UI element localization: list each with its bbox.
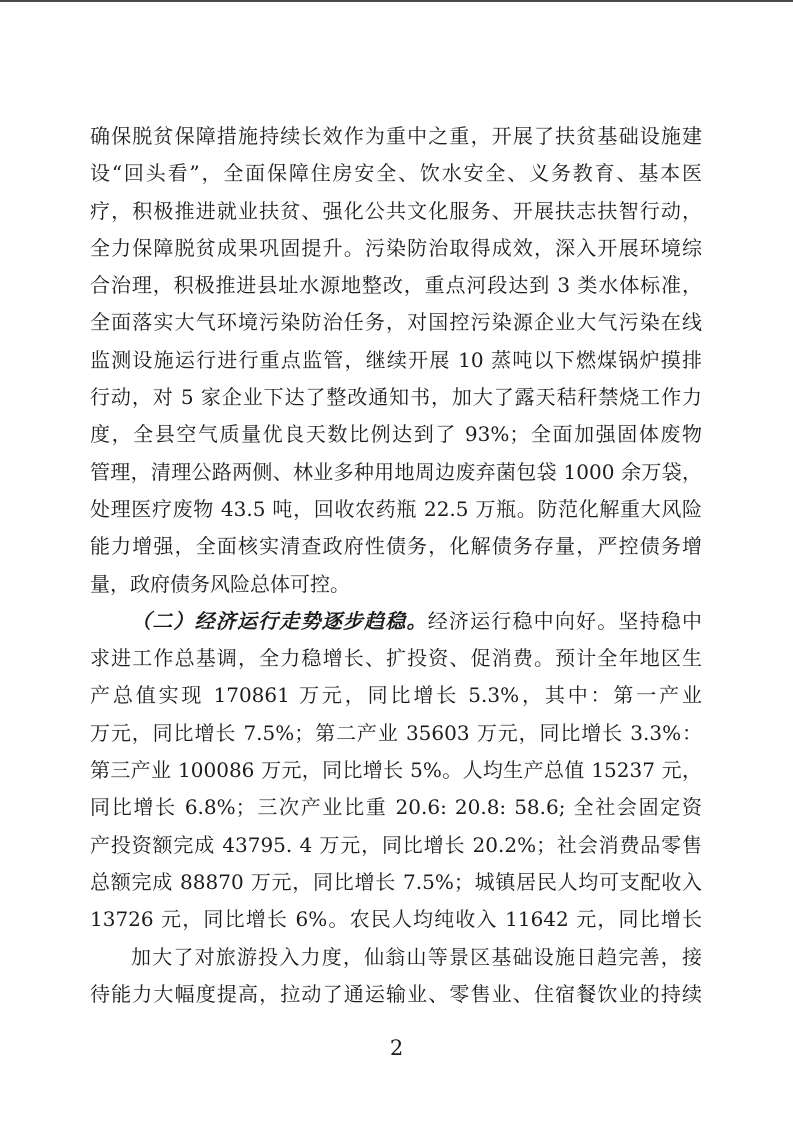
body-text-segment: 全面落实大气环境污染防治任务，对国控污染源企业大气污染在线 — [90, 310, 702, 334]
text-line: 管理，清理公路两侧、林业多种用地周边废弃菌包袋 1000 余万袋， — [90, 454, 702, 491]
text-line: 总额完成 88870 万元，同比增长 7.5%；城镇居民人均可支配收入 — [90, 864, 702, 901]
text-line: 加大了对旅游投入力度，仙翁山等景区基础设施日趋完善，接 — [90, 939, 702, 976]
text-line: 行动，对 5 家企业下达了整改通知书，加大了露天秸秆禁烧工作力 — [90, 379, 702, 416]
text-line: 第三产业 100086 万元，同比增长 5%。人均生产总值 15237 元， — [90, 752, 702, 789]
body-text-segment: 行动，对 5 家企业下达了整改通知书，加大了露天秸秆禁烧工作力 — [90, 385, 702, 409]
section-heading-text: （二）经济运行走势逐步趋稳。 — [131, 609, 428, 633]
text-line: 能力增强，全面核实清查政府性债务，化解债务存量，严控债务增 — [90, 528, 702, 565]
body-text-segment: 求进工作总基调，全力稳增长、扩投资、促消费。预计全年地区生 — [90, 646, 702, 670]
text-line: 合治理，积极推进县址水源地整改，重点河段达到 3 类水体标准， — [90, 267, 702, 304]
body-text-segment: 设“回头看”，全面保障住房安全、饮水安全、义务教育、基本医 — [90, 161, 702, 185]
text-line: 度，全县空气质量优良天数比例达到了 93%；全面加强固体废物 — [90, 416, 702, 453]
text-line: 13726 元，同比增长 6%。农民人均纯收入 11642 元，同比增长 6%。 — [90, 901, 702, 938]
text-line: （二）经济运行走势逐步趋稳。经济运行稳中向好。坚持稳中 — [90, 603, 702, 640]
body-text-segment: 13726 元，同比增长 6%。农民人均纯收入 11642 元，同比增长 6%。 — [90, 907, 702, 938]
text-line: 监测设施运行进行重点监管，继续开展 10 蒸吨以下燃煤锅炉摸排 — [90, 342, 702, 379]
body-text-segment: 监测设施运行进行重点监管，继续开展 10 蒸吨以下燃煤锅炉摸排 — [90, 348, 702, 372]
body-text-segment: 处理医疗废物 43.5 吨，回收农药瓶 22.5 万瓶。防范化解重大风险 — [90, 497, 702, 521]
body-text-segment: 度，全县空气质量优良天数比例达到了 93%；全面加强固体废物 — [90, 422, 702, 446]
body-text-segment: 加大了对旅游投入力度，仙翁山等景区基础设施日趋完善，接 — [131, 945, 702, 969]
body-text-segment: 能力增强，全面核实清查政府性债务，化解债务存量，严控债务增 — [90, 534, 702, 558]
document-body: 确保脱贫保障措施持续长效作为重中之重，开展了扶贫基础设施建设“回头看”，全面保障… — [90, 118, 702, 1013]
text-line: 疗，积极推进就业扶贫、强化公共文化服务、开展扶志扶智行动， — [90, 193, 702, 230]
text-line: 求进工作总基调，全力稳增长、扩投资、促消费。预计全年地区生 — [90, 640, 702, 677]
text-line: 全面落实大气环境污染防治任务，对国控污染源企业大气污染在线 — [90, 304, 702, 341]
body-text-segment: 待能力大幅度提高，拉动了通运输业、零售业、住宿餐饮业的持续 — [90, 982, 702, 1006]
body-text-segment: 疗，积极推进就业扶贫、强化公共文化服务、开展扶志扶智行动， — [90, 199, 702, 223]
text-line: 同比增长 6.8%；三次产业比重 20.6: 20.8: 58.6; 全社会固定… — [90, 789, 702, 826]
text-line: 处理医疗废物 43.5 吨，回收农药瓶 22.5 万瓶。防范化解重大风险 — [90, 491, 702, 528]
text-line: 产总值实现 170861 万元，同比增长 5.3%，其中：第一产业 35172 — [90, 677, 702, 714]
body-text-segment: 经济运行稳中向好。坚持稳中 — [428, 609, 702, 633]
scan-artifact-line — [0, 0, 793, 2]
text-line: 产投资额完成 43795. 4 万元，同比增长 20.2%；社会消费品零售 — [90, 827, 702, 864]
body-text-segment: 同比增长 6.8%；三次产业比重 20.6: 20.8: 58.6; 全社会固定… — [90, 795, 702, 819]
body-text-segment: 产总值实现 170861 万元，同比增长 5.3%，其中：第一产业 35172 — [90, 683, 702, 714]
body-text-segment: 确保脱贫保障措施持续长效作为重中之重，开展了扶贫基础设施建 — [90, 124, 702, 148]
body-text-segment: 第三产业 100086 万元，同比增长 5%。人均生产总值 15237 元， — [90, 758, 702, 782]
text-line: 全力保障脱贫成果巩固提升。污染防治取得成效，深入开展环境综 — [90, 230, 702, 267]
body-text-segment: 总额完成 88870 万元，同比增长 7.5%；城镇居民人均可支配收入 — [90, 870, 702, 894]
document-page: 确保脱贫保障措施持续长效作为重中之重，开展了扶贫基础设施建设“回头看”，全面保障… — [0, 0, 793, 1122]
body-text-segment: 产投资额完成 43795. 4 万元，同比增长 20.2%；社会消费品零售 — [90, 833, 702, 857]
text-line: 万元，同比增长 7.5%；第二产业 35603 万元，同比增长 3.3%： — [90, 715, 702, 752]
text-line: 确保脱贫保障措施持续长效作为重中之重，开展了扶贫基础设施建 — [90, 118, 702, 155]
page-footer: 2 — [0, 1036, 793, 1066]
text-line: 设“回头看”，全面保障住房安全、饮水安全、义务教育、基本医 — [90, 155, 702, 192]
body-text-segment: 全力保障脱贫成果巩固提升。污染防治取得成效，深入开展环境综 — [90, 236, 702, 260]
body-text-segment: 合治理，积极推进县址水源地整改，重点河段达到 3 类水体标准， — [90, 273, 702, 297]
body-text-segment: 管理，清理公路两侧、林业多种用地周边废弃菌包袋 1000 余万袋， — [90, 460, 702, 484]
text-line: 量，政府债务风险总体可控。 — [90, 566, 702, 603]
body-text-segment: 量，政府债务风险总体可控。 — [90, 572, 350, 596]
text-line: 待能力大幅度提高，拉动了通运输业、零售业、住宿餐饮业的持续 — [90, 976, 702, 1013]
page-number: 2 — [390, 1036, 403, 1060]
body-text-segment: 万元，同比增长 7.5%；第二产业 35603 万元，同比增长 3.3%： — [90, 721, 702, 745]
